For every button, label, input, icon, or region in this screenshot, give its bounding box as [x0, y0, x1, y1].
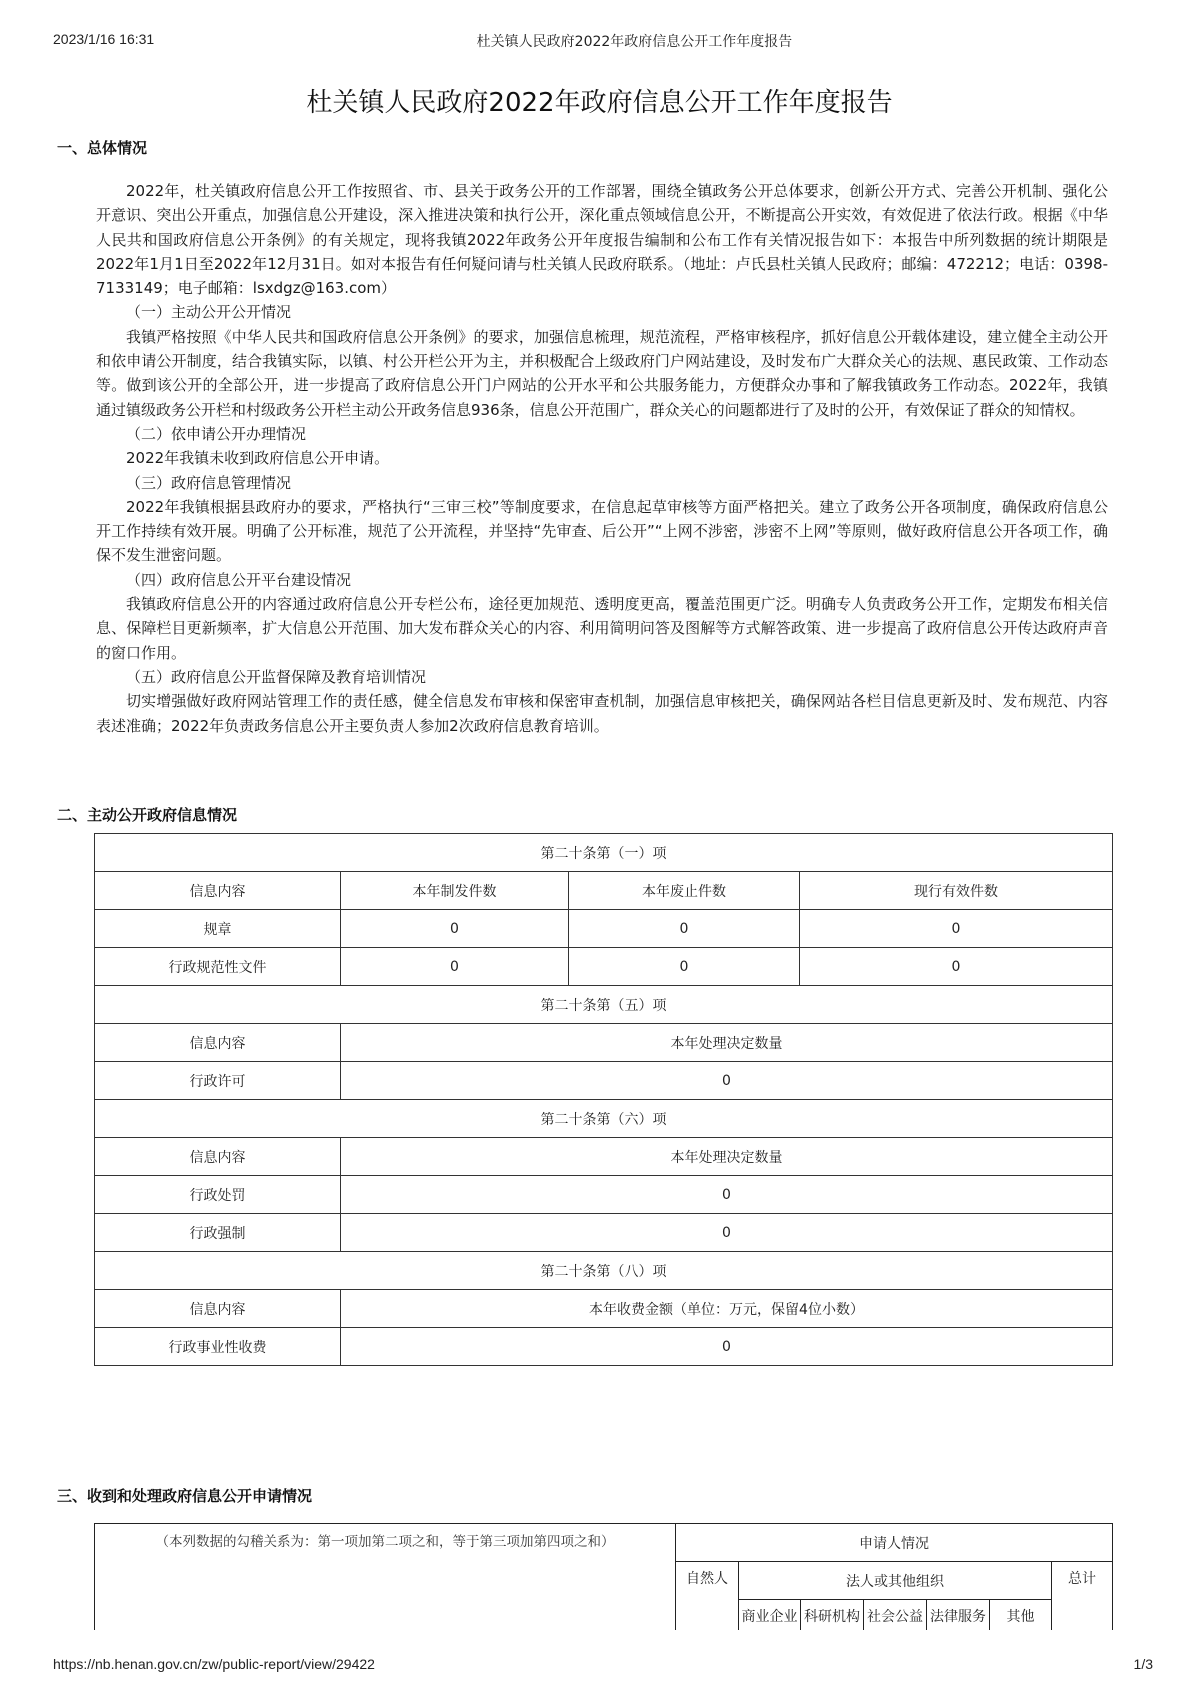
subheading-info-management: （三）政府信息管理情况 — [96, 471, 1108, 495]
table-cell: 0 — [569, 948, 800, 986]
table-header-cell: 本年废止件数 — [569, 872, 800, 910]
article-20-5-title: 第二十条第（五）项 — [95, 986, 1113, 1024]
table-row: 第二十条第（一）项 — [95, 834, 1113, 872]
table-row: （本列数据的勾稽关系为：第一项加第二项之和，等于第三项加第四项之和） 申请人情况 — [95, 1524, 1113, 1562]
table-header-cell: 信息内容 — [95, 1024, 341, 1062]
platform-construction-paragraph: 我镇政府信息公开的内容通过政府信息公开专栏公布，途径更加规范、透明度更高，覆盖范… — [96, 592, 1108, 665]
table-cell: 行政事业性收费 — [95, 1328, 341, 1366]
table-cell: 0 — [341, 948, 569, 986]
table-row: 信息内容 本年收费金额（单位：万元，保留4位小数） — [95, 1290, 1113, 1328]
entity-type-commercial: 商业企业 — [739, 1600, 801, 1631]
table-row: 行政规范性文件 0 0 0 — [95, 948, 1113, 986]
table-row: 第二十条第（六）项 — [95, 1100, 1113, 1138]
table-header-cell: 本年处理决定数量 — [341, 1138, 1113, 1176]
table-row: 信息内容 本年制发件数 本年废止件数 现行有效件数 — [95, 872, 1113, 910]
entity-type-other: 其他 — [990, 1600, 1052, 1631]
section-heading-overview: 一、总体情况 — [57, 137, 147, 158]
table-cell: 0 — [341, 1062, 1113, 1100]
table-row: 信息内容 本年处理决定数量 — [95, 1138, 1113, 1176]
proactive-disclosure-paragraph: 我镇严格按照《中华人民共和国政府信息公开条例》的要求，加强信息梳理，规范流程，严… — [96, 325, 1108, 422]
requests-note-cell: （本列数据的勾稽关系为：第一项加第二项之和，等于第三项加第四项之和） — [95, 1524, 676, 1631]
table-header-cell: 信息内容 — [95, 1138, 341, 1176]
table-cell: 行政规范性文件 — [95, 948, 341, 986]
table-header-cell: 信息内容 — [95, 872, 341, 910]
entity-type-research: 科研机构 — [801, 1600, 864, 1631]
supervision-training-paragraph: 切实增强做好政府网站管理工作的责任感，健全信息发布审核和保密审查机制，加强信息审… — [96, 689, 1108, 738]
table-row: 第二十条第（八）项 — [95, 1252, 1113, 1290]
table-header-cell: 本年收费金额（单位：万元，保留4位小数） — [341, 1290, 1113, 1328]
entity-type-legal-service: 法律服务 — [927, 1600, 990, 1631]
table-cell: 规章 — [95, 910, 341, 948]
overview-body: 2022年，杜关镇政府信息公开工作按照省、市、县关于政务公开的工作部署，围绕全镇… — [96, 179, 1108, 738]
table-row: 信息内容 本年处理决定数量 — [95, 1024, 1113, 1062]
table-row: 行政事业性收费 0 — [95, 1328, 1113, 1366]
section-heading-proactive-info: 二、主动公开政府信息情况 — [57, 804, 237, 825]
request-disclosure-paragraph: 2022年我镇未收到政府信息公开申请。 — [96, 446, 1108, 470]
table-row: 行政处罚 0 — [95, 1176, 1113, 1214]
table-cell: 0 — [341, 910, 569, 948]
print-footer-url: https://nb.henan.gov.cn/zw/public-report… — [53, 1656, 375, 1672]
table-row: 第二十条第（五）项 — [95, 986, 1113, 1024]
applicant-header: 申请人情况 — [676, 1524, 1113, 1562]
table-cell: 0 — [341, 1176, 1113, 1214]
subheading-proactive-disclosure: （一）主动公开公开情况 — [96, 300, 1108, 324]
table-cell: 0 — [341, 1214, 1113, 1252]
table-cell: 行政强制 — [95, 1214, 341, 1252]
total-header: 总计 — [1052, 1562, 1113, 1631]
legal-entity-header: 法人或其他组织 — [739, 1562, 1052, 1600]
table-header-cell: 信息内容 — [95, 1290, 341, 1328]
article-20-6-title: 第二十条第（六）项 — [95, 1100, 1113, 1138]
table-cell: 行政处罚 — [95, 1176, 341, 1214]
article-20-8-title: 第二十条第（八）项 — [95, 1252, 1113, 1290]
subheading-platform-construction: （四）政府信息公开平台建设情况 — [96, 568, 1108, 592]
table-header-cell: 本年制发件数 — [341, 872, 569, 910]
table-header-cell: 本年处理决定数量 — [341, 1024, 1113, 1062]
document-title: 杜关镇人民政府2022年政府信息公开工作年度报告 — [0, 82, 1199, 119]
requests-table-clip: （本列数据的勾稽关系为：第一项加第二项之和，等于第三项加第四项之和） 申请人情况… — [0, 1518, 1199, 1630]
overview-intro-paragraph: 2022年，杜关镇政府信息公开工作按照省、市、县关于政务公开的工作部署，围绕全镇… — [96, 179, 1108, 300]
table-cell: 行政许可 — [95, 1062, 341, 1100]
requests-table: （本列数据的勾稽关系为：第一项加第二项之和，等于第三项加第四项之和） 申请人情况… — [94, 1523, 1113, 1630]
table-row: 行政强制 0 — [95, 1214, 1113, 1252]
table-cell: 0 — [341, 1328, 1113, 1366]
entity-type-public-welfare: 社会公益 — [864, 1600, 927, 1631]
article-20-1-title: 第二十条第（一）项 — [95, 834, 1113, 872]
print-footer-page-number: 1/3 — [1134, 1656, 1153, 1672]
proactive-info-table: 第二十条第（一）项 信息内容 本年制发件数 本年废止件数 现行有效件数 规章 0… — [94, 833, 1113, 1366]
table-cell: 0 — [800, 948, 1113, 986]
info-management-paragraph: 2022年我镇根据县政府办的要求，严格执行“三审三校”等制度要求，在信息起草审核… — [96, 495, 1108, 568]
subheading-supervision-training: （五）政府信息公开监督保障及教育培训情况 — [96, 665, 1108, 689]
table-row: 规章 0 0 0 — [95, 910, 1113, 948]
section-heading-requests: 三、收到和处理政府信息公开申请情况 — [57, 1485, 312, 1506]
table-header-cell: 现行有效件数 — [800, 872, 1113, 910]
natural-person-header: 自然人 — [676, 1562, 739, 1631]
table-cell: 0 — [800, 910, 1113, 948]
table-row: 行政许可 0 — [95, 1062, 1113, 1100]
subheading-request-disclosure: （二）依申请公开办理情况 — [96, 422, 1108, 446]
print-header-title: 杜关镇人民政府2022年政府信息公开工作年度报告 — [0, 31, 1199, 51]
table-cell: 0 — [569, 910, 800, 948]
